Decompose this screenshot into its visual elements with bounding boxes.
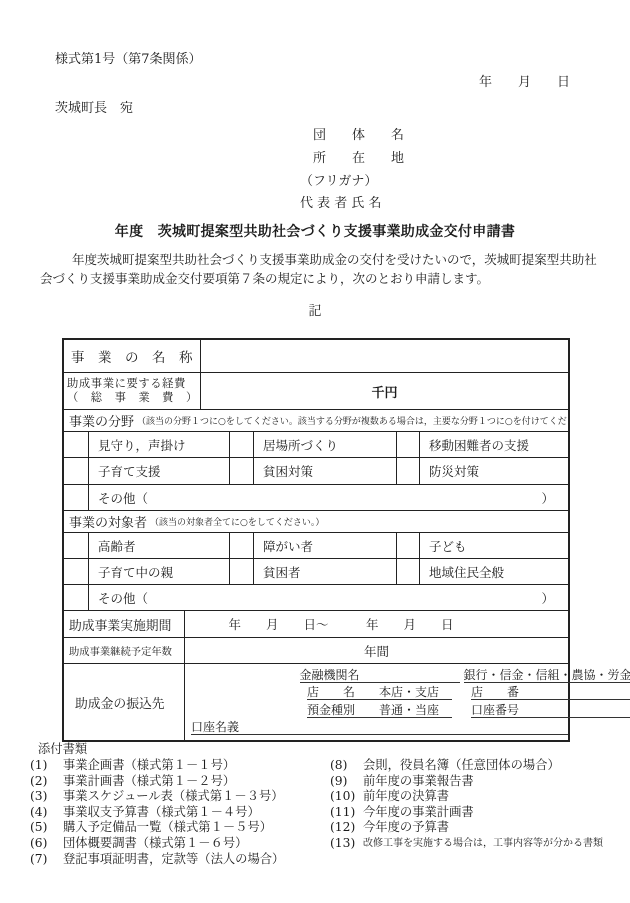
target-section-header: 事業の対象者 （該当の対象者全てに○をしてください。） [64, 511, 568, 532]
bank-institution-field[interactable]: 金融機関名 [300, 667, 460, 683]
application-form-page: 様式第1号（第7条関係） 年 月 日 茨城町長 宛 団 体 名 所 在 地 （フ… [0, 0, 630, 903]
field-section-heading: 事業の分野 [69, 411, 134, 430]
period-label: 助成事業実施期間 [64, 611, 185, 637]
expense-label-line2: （ 総 事 業 費 ） [67, 391, 198, 406]
target-check-cell[interactable] [64, 559, 89, 584]
target-other-close: ） [541, 589, 554, 607]
attachment-item: (6) 団体概要調書（様式第１－６号） [30, 836, 330, 852]
application-paragraph: 年度茨城町提案型共助社会づくり支援事業助成金の交付を受けたいので，茨城町提案型共… [40, 251, 598, 288]
period-input-cell[interactable]: 年 月 日～ 年 月 日 [185, 611, 568, 637]
bank-details-cell: 金融機関名 銀行・信金・信組・農協・労金 店 名 本店・支店 店 番 預金種別 … [185, 664, 568, 740]
bank-institution-line: 金融機関名 銀行・信金・信組・農協・労金 [300, 667, 460, 685]
expense-amount-cell[interactable]: 千円 [201, 373, 568, 409]
date-line: 年 月 日 [479, 71, 570, 90]
bank-row: 助成金の振込先 金融機関名 銀行・信金・信組・農協・労金 店 名 本店・支店 店… [64, 664, 568, 740]
target-check-cell[interactable] [230, 533, 254, 558]
target-option-label: 子ども [420, 533, 568, 558]
field-section-note: （該当の分野１つに○をしてください。該当する分野が複数ある場合は，主要な分野１つ… [137, 414, 568, 427]
field-option-row: 見守り，声掛け 居場所づくり 移動困難者の支援 [64, 432, 568, 458]
attachment-item: (9) 前年度の事業報告書 [330, 774, 608, 790]
field-option-row: 子育て支援 貧困対策 防災対策 [64, 458, 568, 485]
period-row: 助成事業実施期間 年 月 日～ 年 月 日 [64, 611, 568, 638]
bank-account-name-line: 口座名義 [191, 719, 568, 737]
attachment-item: (2) 事業計画書（様式第１－２号） [30, 774, 330, 790]
duration-input-cell[interactable]: 年間 [185, 638, 568, 663]
target-section-note: （該当の対象者全てに○をしてください。） [150, 515, 324, 528]
expense-row: 助成事業に要する経費 （ 総 事 業 費 ） 千円 [64, 373, 568, 410]
target-other-row: その他（ ） [64, 585, 568, 611]
target-option-row: 高齢者 障がい者 子ども [64, 533, 568, 559]
field-check-cell[interactable] [230, 458, 254, 484]
field-other-close: ） [541, 489, 554, 507]
target-other-cell[interactable]: その他（ ） [89, 585, 568, 610]
bank-institution-options[interactable]: 銀行・信金・信組・農協・労金 [464, 667, 630, 683]
ki-marker: 記 [0, 300, 630, 319]
field-check-cell[interactable] [397, 458, 420, 484]
application-table: 事 業 の 名 称 助成事業に要する経費 （ 総 事 業 費 ） 千円 事業の分… [62, 338, 570, 742]
attachments-left-column: (1) 事業企画書（様式第１－１号） (2) 事業計画書（様式第１－２号） (3… [30, 758, 330, 867]
target-check-cell[interactable] [230, 559, 254, 584]
attachment-item: (3) 事業スケジュール表（様式第１－３号） [30, 789, 330, 805]
field-check-cell[interactable] [64, 458, 89, 484]
target-check-cell[interactable] [64, 533, 89, 558]
bank-account-no-field[interactable]: 口座番号 [471, 702, 630, 718]
field-check-cell[interactable] [397, 432, 420, 457]
target-option-label: 高齢者 [89, 533, 230, 558]
field-option-label: 子育て支援 [89, 458, 230, 484]
attachment-item: (1) 事業企画書（様式第１－１号） [30, 758, 330, 774]
target-check-cell[interactable] [397, 559, 420, 584]
org-name-label: 団 体 名 [300, 125, 404, 148]
org-fields-block: 団 体 名 所 在 地 （フリガナ） 代 表 者 氏 名 [300, 125, 404, 216]
bank-branch-no-field[interactable]: 店 番 [471, 684, 630, 700]
expense-label-line1: 助成事業に要する経費 [67, 377, 186, 392]
field-section-header-row: 事業の分野 （該当の分野１つに○をしてください。該当する分野が複数ある場合は，主… [64, 410, 568, 432]
attachment-item: (10) 前年度の決算書 [330, 789, 608, 805]
attachment-item: (12) 今年度の予算書 [330, 820, 608, 836]
field-option-label: 居場所づくり [254, 432, 397, 457]
attachments-right-column: (8) 会則，役員名簿（任意団体の場合） (9) 前年度の事業報告書 (10) … [330, 758, 608, 867]
field-option-label: 貧困対策 [254, 458, 397, 484]
target-option-label: 地域住民全般 [420, 559, 568, 584]
bank-label: 助成金の振込先 [64, 664, 185, 740]
bank-account-name-field[interactable]: 口座名義 [191, 719, 568, 735]
target-section-heading: 事業の対象者 [69, 512, 147, 531]
target-other-label: その他（ [98, 589, 148, 607]
attachments-section: 添付書類 (1) 事業企画書（様式第１－１号） (2) 事業計画書（様式第１－２… [30, 741, 608, 867]
project-name-label: 事 業 の 名 称 [64, 340, 201, 372]
expense-label: 助成事業に要する経費 （ 総 事 業 費 ） [64, 373, 201, 409]
field-option-label: 移動困難者の支援 [420, 432, 568, 457]
field-check-cell[interactable] [230, 432, 254, 457]
target-check-cell[interactable] [64, 585, 89, 610]
field-check-cell[interactable] [64, 485, 89, 510]
project-name-row: 事 業 の 名 称 [64, 340, 568, 373]
target-option-label: 子育て中の親 [89, 559, 230, 584]
target-section-header-row: 事業の対象者 （該当の対象者全てに○をしてください。） [64, 511, 568, 533]
field-option-label: 見守り，声掛け [89, 432, 230, 457]
document-title: 年度 茨城町提案型共助社会づくり支援事業助成金交付申請書 [0, 221, 630, 241]
attachment-item: (13) 改修工事を実施する場合は，工事内容等が分かる書類 [330, 836, 608, 852]
bank-account-type-field[interactable]: 預金種別 普通・当座 [307, 702, 452, 718]
target-check-cell[interactable] [397, 533, 420, 558]
target-option-label: 貧困者 [254, 559, 397, 584]
form-number: 様式第1号（第7条関係） [55, 48, 202, 67]
field-check-cell[interactable] [64, 432, 89, 457]
attachments-heading: 添付書類 [38, 741, 608, 757]
bank-branch-field[interactable]: 店 名 本店・支店 [307, 684, 452, 700]
paragraph-line-1: 年度茨城町提案型共助社会づくり支援事業助成金の交付を受けたいので，茨城町提案型共… [40, 251, 598, 270]
field-option-label: 防災対策 [420, 458, 568, 484]
address-label: 所 在 地 [300, 148, 404, 171]
duration-label: 助成事業継続予定年数 [64, 638, 185, 663]
attachment-item: (5) 購入予定備品一覧（様式第１－５号） [30, 820, 330, 836]
target-option-label: 障がい者 [254, 533, 397, 558]
field-other-cell[interactable]: その他（ ） [89, 485, 568, 510]
paragraph-line-2: 会づくり支援事業助成金交付要項第７条の規定により，次のとおり申請します。 [40, 270, 598, 289]
target-option-row: 子育て中の親 貧困者 地域住民全般 [64, 559, 568, 585]
attachment-item: (8) 会則，役員名簿（任意団体の場合） [330, 758, 608, 774]
representative-label: 代 表 者 氏 名 [300, 193, 404, 216]
attachment-item: (4) 事業収支予算書（様式第１－４号） [30, 805, 330, 821]
attachment-item: (7) 登記事項証明書，定款等（法人の場合） [30, 852, 330, 868]
addressee: 茨城町長 宛 [55, 97, 133, 116]
field-section-header: 事業の分野 （該当の分野１つに○をしてください。該当する分野が複数ある場合は，主… [64, 410, 568, 431]
field-other-label: その他（ [98, 489, 148, 507]
bank-account-type-line: 預金種別 普通・当座 口座番号 [307, 702, 452, 720]
bank-branch-line: 店 名 本店・支店 店 番 [307, 684, 452, 702]
field-other-row: その他（ ） [64, 485, 568, 511]
furigana-label: （フリガナ） [300, 171, 404, 194]
duration-row: 助成事業継続予定年数 年間 [64, 638, 568, 664]
attachment-item: (11) 今年度の事業計画書 [330, 805, 608, 821]
